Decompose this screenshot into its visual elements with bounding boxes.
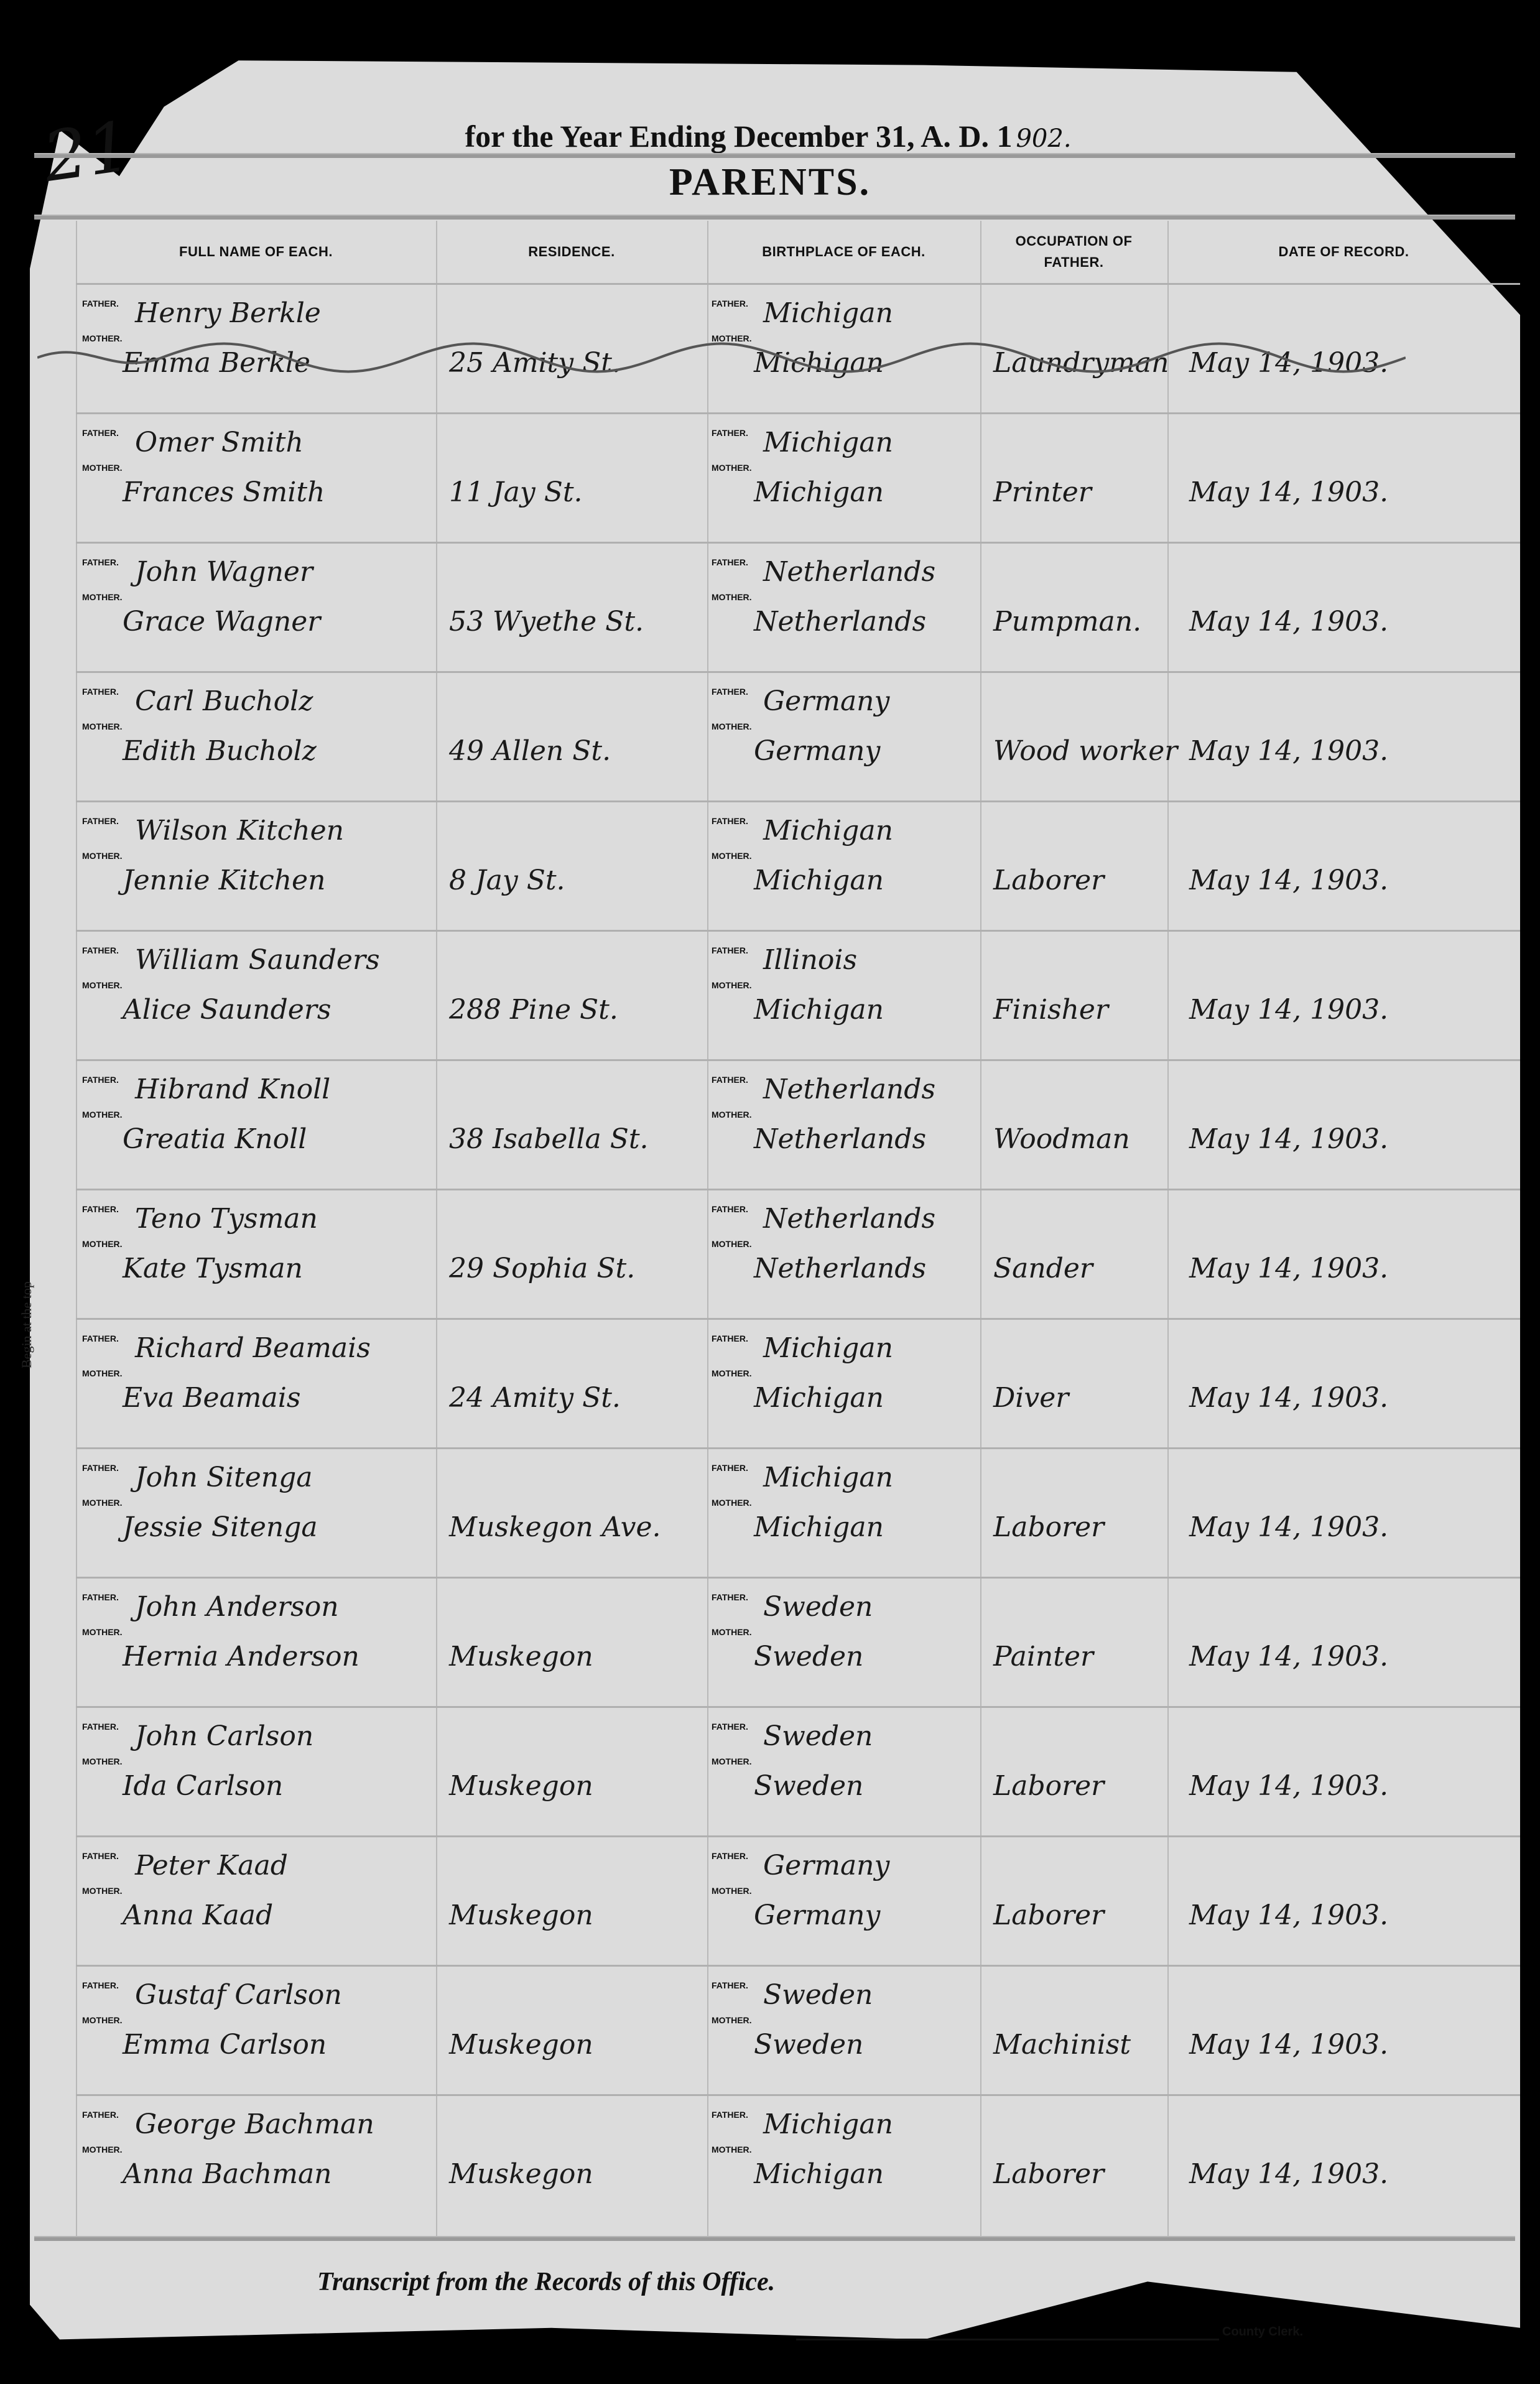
father-birthplace: Netherlands [763,556,935,588]
mother-birthplace: Michigan [754,994,884,1026]
father-label: FATHER. [712,1722,748,1732]
mother-birthplace: Sweden [754,2029,863,2061]
mother-birthplace: Sweden [754,1641,863,1672]
mother-label: MOTHER. [712,1368,752,1378]
record-date: May 14, 1903. [1189,1770,1388,1802]
mother-label: MOTHER. [82,1886,123,1896]
table-row: FATHER.MOTHER.Hibrand KnollGreatia Knoll… [76,1059,1520,1190]
table-row: FATHER.MOTHER.Teno TysmanKate Tysman29 S… [76,1189,1520,1320]
record-date: May 14, 1903. [1189,2158,1388,2190]
residence: Muskegon Ave. [449,1511,661,1543]
header-date: DATE OF RECORD. [1167,221,1520,283]
mother-name: Anna Bachman [123,2158,332,2190]
mother-name: Eva Beamais [123,1382,300,1414]
father-label: FATHER. [712,1333,748,1343]
mother-birthplace: Michigan [754,1382,884,1414]
table-row: FATHER.MOTHER.Omer SmithFrances Smith11 … [76,412,1520,544]
father-label: FATHER. [82,1722,119,1732]
mother-label: MOTHER. [712,2015,752,2025]
mother-label: MOTHER. [712,333,752,343]
mother-label: MOTHER. [712,1627,752,1637]
signature-line [796,2339,1219,2340]
father-label: FATHER. [82,299,119,308]
header-occupation: OCCUPATION OF FATHER. [980,221,1167,283]
mother-label: MOTHER. [82,463,123,473]
occupation: Woodman [993,1123,1130,1155]
mother-birthplace: Germany [754,735,880,767]
record-date: May 14, 1903. [1189,865,1388,896]
father-name: Richard Beamais [135,1332,371,1364]
divider-rule [34,215,1515,220]
page-title: for the Year Ending December 31, A. D. 1… [0,118,1540,154]
record-date: May 14, 1903. [1189,606,1388,638]
father-label: FATHER. [82,687,119,697]
occupation: Pumpman. [993,606,1141,638]
father-label: FATHER. [712,299,748,308]
section-title: PARENTS. [0,160,1540,205]
county-clerk-label: County Clerk. [1222,2325,1303,2339]
father-birthplace: Sweden [763,1720,873,1752]
father-label: FATHER. [712,1980,748,1990]
mother-name: Anna Kaad [123,1899,273,1931]
father-label: FATHER. [82,1592,119,1602]
father-label: FATHER. [712,1204,748,1214]
father-label: FATHER. [82,1463,119,1473]
father-birthplace: Michigan [763,297,893,329]
father-name: John Sitenga [135,1462,312,1493]
mother-label: MOTHER. [82,1239,123,1249]
residence: 49 Allen St. [449,735,611,767]
mother-name: Ida Carlson [123,1770,283,1802]
occupation: Laundryman [993,347,1169,379]
divider-rule [34,153,1515,158]
mother-birthplace: Sweden [754,1770,863,1802]
father-name: Peter Kaad [135,1850,288,1881]
margin-note: Begin at the top [19,1281,35,1368]
residence: 11 Jay St. [449,476,583,508]
residence: 8 Jay St. [449,865,565,896]
mother-label: MOTHER. [82,1110,123,1120]
father-birthplace: Michigan [763,1332,893,1364]
father-label: FATHER. [712,1463,748,1473]
mother-birthplace: Germany [754,1899,880,1931]
mother-label: MOTHER. [712,1498,752,1508]
mother-label: MOTHER. [712,592,752,602]
mother-label: MOTHER. [82,333,123,343]
mother-name: Kate Tysman [123,1253,303,1284]
occupation: Painter [993,1641,1093,1672]
table-row: FATHER.MOTHER.George BachmanAnna Bachman… [76,2094,1520,2225]
father-label: FATHER. [712,2110,748,2120]
father-name: Carl Bucholz [135,685,313,717]
occupation: Laborer [993,1770,1104,1802]
table-row: FATHER.MOTHER.Peter KaadAnna KaadMuskego… [76,1835,1520,1967]
record-date: May 14, 1903. [1189,1253,1388,1284]
father-label: FATHER. [82,428,119,438]
father-label: FATHER. [82,1333,119,1343]
father-label: FATHER. [712,557,748,567]
father-label: FATHER. [712,816,748,826]
residence: 288 Pine St. [449,994,618,1026]
title-year: 902. [1012,124,1075,155]
occupation: Machinist [993,2029,1131,2061]
father-birthplace: Michigan [763,815,893,846]
table-header: FULL NAME OF EACH. RESIDENCE. BIRTHPLACE… [76,221,1520,283]
mother-name: Hernia Anderson [123,1641,359,1672]
residence: 25 Amity St. [449,347,621,379]
father-label: FATHER. [712,1075,748,1085]
father-label: FATHER. [712,428,748,438]
table-row: FATHER.MOTHER.John AndersonHernia Anders… [76,1577,1520,1708]
residence: 24 Amity St. [449,1382,621,1414]
occupation: Laborer [993,1511,1104,1543]
header-residence: RESIDENCE. [436,221,707,283]
father-label: FATHER. [82,945,119,955]
mother-label: MOTHER. [82,980,123,990]
father-name: Henry Berkle [135,297,321,329]
occupation: Laborer [993,1899,1104,1931]
mother-name: Emma Carlson [123,2029,327,2061]
mother-birthplace: Michigan [754,2158,884,2190]
divider-rule [34,2236,1515,2241]
occupation: Printer [993,476,1092,508]
header-full-name: FULL NAME OF EACH. [76,221,436,283]
table-row: FATHER.MOTHER.Gustaf CarlsonEmma Carlson… [76,1965,1520,2096]
residence: Muskegon [449,2158,593,2190]
father-label: FATHER. [82,1851,119,1861]
table-row: FATHER.MOTHER.Wilson KitchenJennie Kitch… [76,800,1520,932]
father-birthplace: Illinois [763,944,857,976]
occupation: Sander [993,1253,1093,1284]
mother-name: Frances Smith [123,476,325,508]
father-label: FATHER. [712,687,748,697]
father-name: John Anderson [135,1591,339,1623]
mother-name: Grace Wagner [123,606,320,638]
mother-label: MOTHER. [712,1756,752,1766]
residence: Muskegon [449,1899,593,1931]
mother-birthplace: Michigan [754,865,884,896]
father-birthplace: Netherlands [763,1203,935,1235]
mother-birthplace: Netherlands [754,606,926,638]
record-date: May 14, 1903. [1189,476,1388,508]
table-row: FATHER.MOTHER.Richard BeamaisEva Beamais… [76,1318,1520,1449]
mother-birthplace: Netherlands [754,1253,926,1284]
mother-name: Alice Saunders [123,994,331,1026]
title-prefix: for the Year Ending December 31, A. D. 1 [465,119,1012,154]
record-date: May 14, 1903. [1189,994,1388,1026]
mother-name: Emma Berkle [123,347,310,379]
mother-label: MOTHER. [82,1368,123,1378]
father-birthplace: Michigan [763,2108,893,2140]
mother-label: MOTHER. [82,2015,123,2025]
record-date: May 14, 1903. [1189,1382,1388,1414]
father-name: Hibrand Knoll [135,1074,330,1105]
residence: Muskegon [449,1641,593,1672]
record-date: May 14, 1903. [1189,347,1388,379]
father-label: FATHER. [712,1851,748,1861]
transcript-statement: Transcript from the Records of this Offi… [317,2267,775,2297]
residence: 38 Isabella St. [449,1123,649,1155]
father-name: John Wagner [135,556,313,588]
occupation: Finisher [993,994,1108,1026]
mother-name: Greatia Knoll [123,1123,307,1155]
father-name: John Carlson [135,1720,313,1752]
mother-label: MOTHER. [82,2145,123,2154]
residence: Muskegon [449,1770,593,1802]
father-label: FATHER. [82,1075,119,1085]
record-date: May 14, 1903. [1189,1641,1388,1672]
mother-label: MOTHER. [82,1756,123,1766]
record-date: May 14, 1903. [1189,1899,1388,1931]
father-name: William Saunders [135,944,380,976]
residence: 29 Sophia St. [449,1253,635,1284]
mother-label: MOTHER. [712,463,752,473]
father-birthplace: Germany [763,1850,889,1881]
mother-label: MOTHER. [712,721,752,731]
mother-label: MOTHER. [82,721,123,731]
father-label: FATHER. [82,557,119,567]
mother-birthplace: Michigan [754,476,884,508]
occupation: Diver [993,1382,1069,1414]
residence: 53 Wyethe St. [449,606,644,638]
father-label: FATHER. [82,816,119,826]
father-birthplace: Sweden [763,1979,873,2011]
record-date: May 14, 1903. [1189,735,1388,767]
father-label: FATHER. [82,2110,119,2120]
mother-name: Jennie Kitchen [123,865,325,896]
father-birthplace: Michigan [763,1462,893,1493]
father-label: FATHER. [82,1980,119,1990]
father-name: Omer Smith [135,427,304,458]
mother-label: MOTHER. [712,980,752,990]
record-date: May 14, 1903. [1189,1123,1388,1155]
table-row: FATHER.MOTHER.John WagnerGrace Wagner53 … [76,542,1520,673]
occupation: Wood worker [993,735,1177,767]
mother-birthplace: Netherlands [754,1123,926,1155]
mother-label: MOTHER. [82,1627,123,1637]
occupation: Laborer [993,865,1104,896]
mother-label: MOTHER. [712,1886,752,1896]
mother-label: MOTHER. [82,1498,123,1508]
table-row: FATHER.MOTHER.William SaundersAlice Saun… [76,930,1520,1061]
father-label: FATHER. [712,945,748,955]
father-name: Teno Tysman [135,1203,318,1235]
mother-name: Edith Bucholz [123,735,317,767]
residence: Muskegon [449,2029,593,2061]
mother-label: MOTHER. [712,851,752,861]
mother-label: MOTHER. [82,592,123,602]
record-date: May 14, 1903. [1189,1511,1388,1543]
father-birthplace: Sweden [763,1591,873,1623]
father-name: Wilson Kitchen [135,815,344,846]
father-name: Gustaf Carlson [135,1979,342,2011]
table-row: FATHER.MOTHER.Carl BucholzEdith Bucholz4… [76,671,1520,802]
father-birthplace: Germany [763,685,889,717]
table-row: FATHER.MOTHER.Henry BerkleEmma Berkle25 … [76,283,1520,414]
father-birthplace: Netherlands [763,1074,935,1105]
father-birthplace: Michigan [763,427,893,458]
mother-label: MOTHER. [712,2145,752,2154]
mother-birthplace: Michigan [754,347,884,379]
table-row: FATHER.MOTHER.John SitengaJessie Sitenga… [76,1447,1520,1579]
record-date: May 14, 1903. [1189,2029,1388,2061]
mother-label: MOTHER. [82,851,123,861]
mother-name: Jessie Sitenga [123,1511,318,1543]
mother-label: MOTHER. [712,1239,752,1249]
mother-birthplace: Michigan [754,1511,884,1543]
father-label: FATHER. [82,1204,119,1214]
header-birthplace: BIRTHPLACE OF EACH. [707,221,980,283]
father-name: George Bachman [135,2108,374,2140]
occupation: Laborer [993,2158,1104,2190]
table-row: FATHER.MOTHER.John CarlsonIda CarlsonMus… [76,1706,1520,1837]
father-label: FATHER. [712,1592,748,1602]
mother-label: MOTHER. [712,1110,752,1120]
